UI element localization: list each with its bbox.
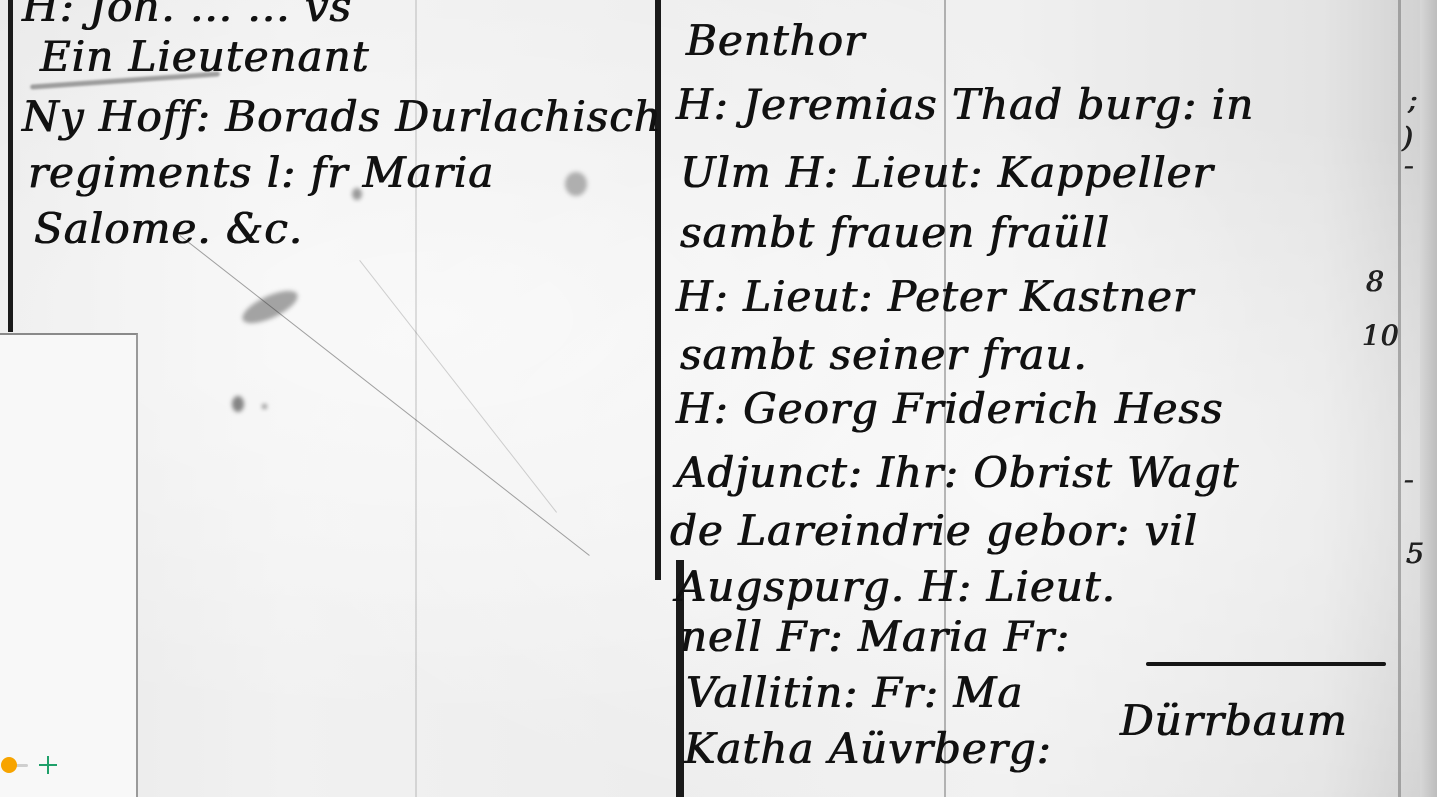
inset-blank-panel xyxy=(0,333,138,797)
margin-note: 8 xyxy=(1366,268,1385,296)
margin-note: 10 xyxy=(1362,322,1400,350)
manuscript-line: Vallitin: Fr: Ma xyxy=(686,672,1023,714)
manuscript-line: H: Jeremias Thad burg: in xyxy=(676,84,1254,126)
manuscript-line: sambt seiner frau. xyxy=(680,334,1088,376)
manuscript-line: Katha Aüvrberg: xyxy=(684,728,1052,770)
image-viewer[interactable]: H: Joh. ... ... vs Ein Lieutenant Ny Hof… xyxy=(0,0,1437,797)
paper-crease xyxy=(359,260,557,513)
paper-crease xyxy=(179,235,589,556)
manuscript-line: nell Fr: Maria Fr: xyxy=(680,616,1070,658)
manuscript-line: Adjunct: Ihr: Obrist Wagt xyxy=(676,452,1239,494)
margin-note: 5 xyxy=(1406,540,1425,568)
manuscript-line: H: Lieut: Peter Kastner xyxy=(676,276,1194,318)
manuscript-line: sambt frauen fraüll xyxy=(680,212,1110,254)
ink-underline xyxy=(1146,662,1386,666)
center-column-rule xyxy=(655,0,661,580)
margin-note: - xyxy=(1404,152,1414,180)
manuscript-line: Salome. &c. xyxy=(34,208,303,250)
left-margin-rule xyxy=(8,0,13,332)
zoom-in-button[interactable] xyxy=(36,752,60,778)
plus-icon xyxy=(47,756,49,774)
manuscript-line: Ulm H: Lieut: Kappeller xyxy=(680,152,1214,194)
manuscript-line: Benthor xyxy=(686,20,865,62)
manuscript-page-image[interactable]: H: Joh. ... ... vs Ein Lieutenant Ny Hof… xyxy=(0,0,1437,797)
manuscript-line: H: Georg Friderich Hess xyxy=(676,388,1224,430)
page-edge-shadow xyxy=(1420,0,1437,797)
manuscript-line: regiments l: fr Maria xyxy=(28,152,494,194)
manuscript-line: Augspurg. H: Lieut. xyxy=(676,566,1116,608)
margin-note: - xyxy=(1404,466,1414,494)
ink-dot xyxy=(262,404,267,409)
margin-note: ) xyxy=(1402,124,1414,152)
manuscript-line: de Lareindrie gebor: vil xyxy=(670,510,1198,552)
ink-blot xyxy=(565,172,587,196)
zoom-control xyxy=(0,752,60,778)
ink-blot xyxy=(232,396,244,412)
zoom-slider-handle[interactable] xyxy=(1,757,17,773)
manuscript-line: Ny Hoff: Borads Durlachisch xyxy=(22,96,662,138)
manuscript-line: H: Joh. ... ... vs xyxy=(22,0,352,28)
faint-column-rule xyxy=(1398,0,1401,797)
manuscript-line: Dürrbaum xyxy=(1120,700,1348,742)
margin-note: ; xyxy=(1408,86,1418,114)
zoom-slider[interactable] xyxy=(0,752,28,778)
